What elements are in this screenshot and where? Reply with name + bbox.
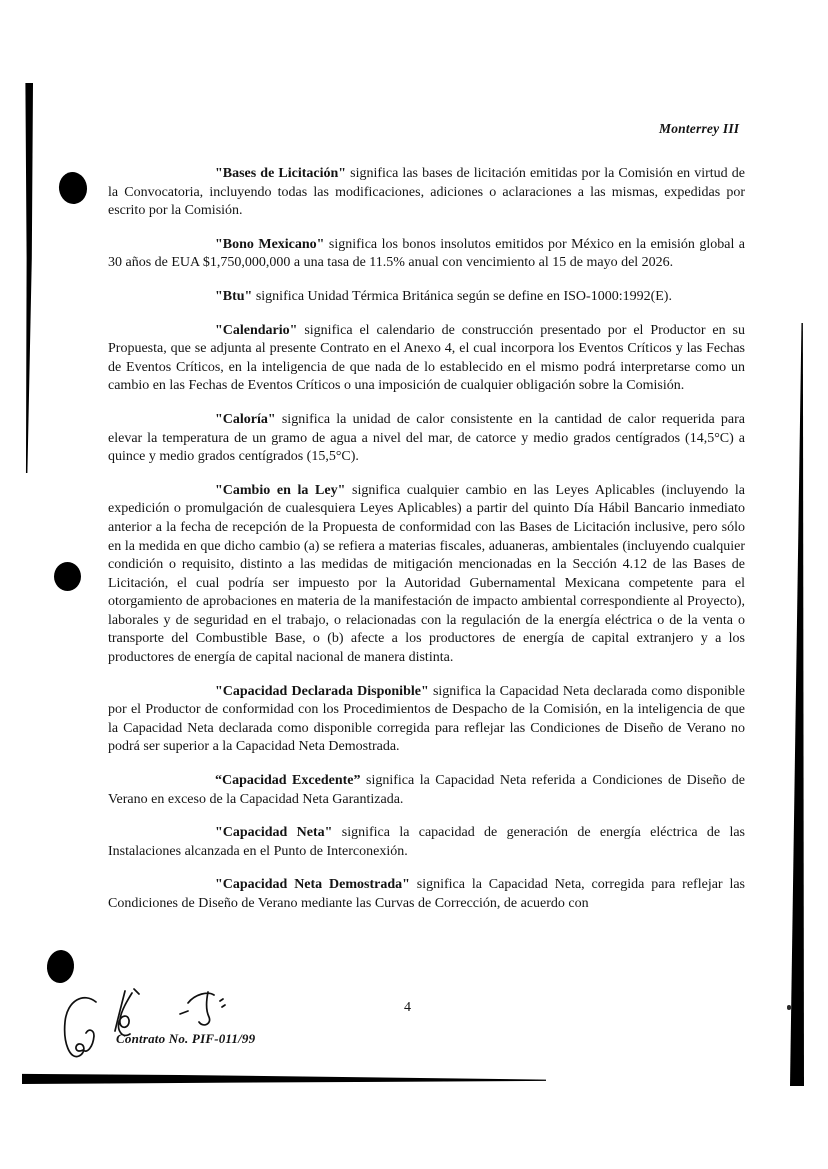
scan-artifact-left-bar [25, 83, 33, 473]
definition-term: "Capacidad Neta Demostrada" [215, 877, 410, 892]
definitions-section: "Bases de Licitación" significa las base… [108, 165, 745, 929]
definition-body: significa el calendario de construcción … [108, 323, 745, 394]
definition-body: significa cualquier cambio en las Leyes … [108, 483, 745, 665]
signature-mark-3 [178, 990, 228, 1034]
definition-paragraph-bono-mexicano: "Bono Mexicano" significa los bonos inso… [108, 236, 745, 273]
definition-paragraph-capacidad-neta-demostrada: "Capacidad Neta Demostrada" significa la… [108, 876, 745, 913]
definition-body: significa la unidad de calor consistente… [108, 412, 745, 464]
punch-hole-mark-1 [57, 170, 89, 206]
definition-body: significa la Capacidad Neta referida a C… [108, 773, 745, 807]
definition-paragraph-capacidad-neta: "Capacidad Neta" significa la capacidad … [108, 824, 745, 861]
definition-term: "Capacidad Neta" [215, 825, 332, 840]
definition-paragraph-calendario: "Calendario" significa el calendario de … [108, 322, 745, 396]
definition-term: “Capacidad Excedente” [215, 773, 361, 788]
document-header: Monterrey III [659, 121, 739, 137]
definition-paragraph-bases-de-licitacion: "Bases de Licitación" significa las base… [108, 165, 745, 221]
signature-mark-1 [60, 995, 104, 1063]
scan-artifact-right-edge [790, 323, 804, 1086]
definition-term: "Bases de Licitación" [215, 166, 346, 181]
definition-paragraph-capacidad-excedente: “Capacidad Excedente” significa la Capac… [108, 772, 745, 809]
definition-term: "Caloría" [215, 412, 276, 427]
scan-artifact-bottom-bar [22, 1073, 546, 1084]
scanned-contract-page: Monterrey III "Bases de Licitación" sign… [0, 0, 828, 1169]
definition-body: significa la Capacidad Neta, corregida p… [108, 877, 745, 911]
definition-term: "Cambio en la Ley" [215, 483, 345, 498]
definition-body: significa Unidad Térmica Británica según… [256, 289, 672, 304]
punch-hole-mark-2 [54, 562, 81, 591]
definition-term: "Calendario" [215, 323, 297, 338]
scan-speck [787, 1005, 791, 1010]
definition-term: "Bono Mexicano" [215, 237, 324, 252]
definition-body: significa los bonos insolutos emitidos p… [108, 237, 745, 271]
definition-term: "Btu" [215, 289, 252, 304]
definition-paragraph-caloria: "Caloría" significa la unidad de calor c… [108, 411, 745, 467]
definition-paragraph-cambio-en-la-ley: "Cambio en la Ley" significa cualquier c… [108, 482, 745, 668]
definition-paragraph-capacidad-declarada-disponible: "Capacidad Declarada Disponible" signifi… [108, 683, 745, 757]
definition-body: significa la capacidad de generación de … [108, 825, 745, 859]
definition-term: "Capacidad Declarada Disponible" [215, 684, 429, 699]
contract-number-note: Contrato No. PIF-011/99 [116, 1031, 255, 1047]
definition-paragraph-btu: "Btu" significa Unidad Térmica Británica… [108, 288, 745, 307]
page-number: 4 [404, 1000, 411, 1016]
definition-body: significa las bases de licitación emitid… [108, 166, 745, 218]
punch-hole-mark-3 [45, 949, 75, 985]
